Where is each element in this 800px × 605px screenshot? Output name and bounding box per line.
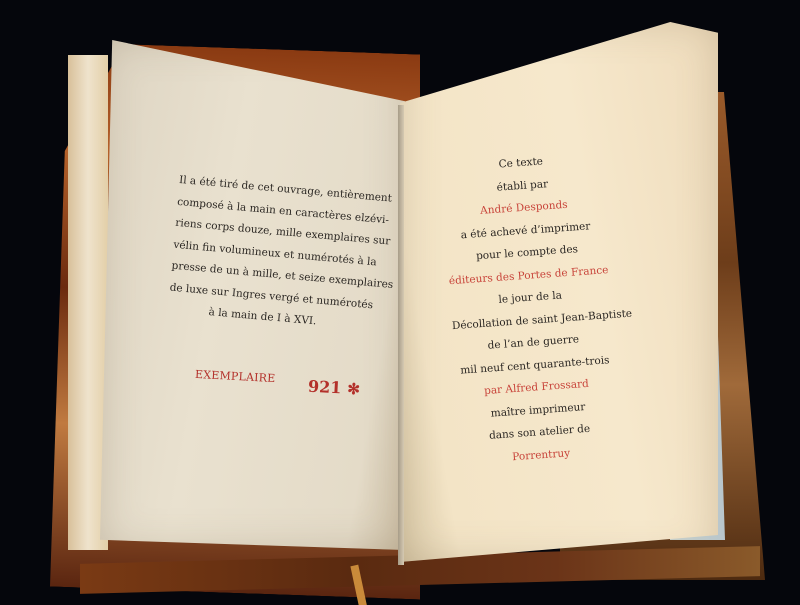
- asterisk-ornament-icon: ✻: [347, 380, 361, 399]
- book-photo: Il a été tiré de cet ouvrage, entièremen…: [0, 0, 800, 605]
- copy-number-value: 921: [308, 377, 342, 398]
- book-gutter: [398, 105, 404, 565]
- justification-du-tirage: Il a été tiré de cet ouvrage, entièremen…: [167, 170, 369, 336]
- achevé-d-imprimer: Ce texte établi par André Desponds a été…: [440, 146, 622, 471]
- copy-number: 921✻: [308, 377, 361, 399]
